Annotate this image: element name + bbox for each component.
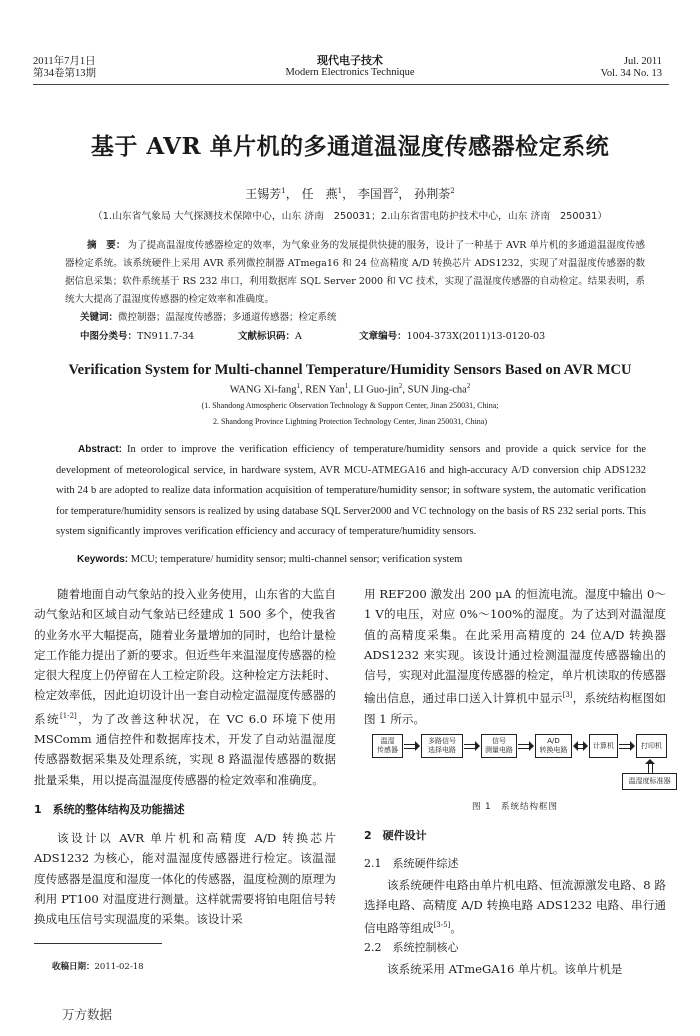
doc-code-label: 文献标识码：: [238, 331, 295, 342]
block-label: 温湿: [381, 737, 395, 746]
arrow-right-icon: [404, 744, 415, 749]
journal-name-cn: 现代电子技术: [0, 54, 700, 67]
affiliation-en-1: (1. Shandong Atmospheric Observation Tec…: [0, 401, 700, 410]
abstract-en-label: Abstract:: [78, 444, 122, 455]
subsection-2-2-paragraph: 该系统采用 ATmeGA16 单片机。该单片机是: [364, 959, 666, 979]
keywords-cn: 关键词：微控制器；温湿度传感器；多通道传感器；检定系统: [80, 309, 337, 323]
block-humidity-standard: 温湿度标准器: [622, 773, 677, 790]
doc-code: 文献标识码：A: [238, 328, 356, 342]
block-ad-converter: A/D转换电路: [535, 734, 572, 758]
keywords-text: 微控制器；温湿度传感器；多通道传感器；检定系统: [118, 312, 337, 323]
issue-volume-en: Vol. 34 No. 13: [601, 68, 662, 80]
block-label: 测量电路: [485, 746, 513, 755]
block-label: 计算机: [593, 742, 614, 751]
footnote-rule: [34, 943, 162, 944]
block-label: 信号: [492, 737, 506, 746]
article-number: 文章编号：1004-373X(2011)13-0120-03: [359, 328, 545, 342]
abstract-text: 为了提高温湿度传感器检定的效率，为气象业务的发展提供快捷的服务，设计了一种基于 …: [65, 240, 645, 305]
article-number-label: 文章编号：: [359, 331, 407, 342]
sub21-text-end: 。: [450, 921, 462, 935]
block-label: 多路信号: [428, 737, 456, 746]
block-measurement: 信号测量电路: [481, 734, 517, 758]
author-en: REN Yan: [305, 385, 345, 396]
keywords-label: 关键词：: [80, 312, 118, 323]
intro-paragraph: 随着地面自动气象站的投入业务使用，山东省的大监自动气象站和区域自动气象站已经建成…: [34, 584, 336, 790]
doc-code-value: A: [295, 331, 302, 342]
article-number-value: 1004-373X(2011)13-0120-03: [407, 331, 546, 342]
issue-date-en: Jul. 2011: [601, 56, 662, 68]
citation: [3-5]: [434, 921, 451, 929]
author-affiliation-mark: 2: [450, 187, 454, 195]
abstract-cn: 摘 要：为了提高温湿度传感器检定的效率，为气象业务的发展提供快捷的服务，设计了一…: [65, 237, 645, 309]
intro-text-1: 随着地面自动气象站的投入业务使用，山东省的大监自动气象站和区域自动气象站已经建成…: [34, 587, 336, 726]
keywords-en: Keywords: MCU; temperature/ humidity sen…: [77, 554, 462, 565]
author-list-en: WANG Xi-fang1, REN Yan1, LI Guo-jin2, SU…: [0, 382, 700, 396]
header-center: 现代电子技术 Modern Electronics Technique: [0, 54, 700, 79]
arrow-bidirectional-icon: [578, 744, 583, 749]
block-label: 传感器: [377, 746, 398, 755]
author-affiliation-mark: 2: [467, 382, 471, 390]
abstract-en: Abstract: In order to improve the verifi…: [56, 440, 646, 543]
figure-1-caption: 图 1 系统结构框图: [364, 800, 666, 812]
header-right: Jul. 2011 Vol. 34 No. 13: [601, 56, 662, 80]
affiliation-cn: （1.山东省气象局 大气探测技术保障中心，山东 济南 250031；2.山东省雷…: [0, 208, 700, 222]
classification-line: 中图分类号：TN911.7-34 文献标识码：A 文章编号：1004-373X(…: [80, 328, 660, 342]
citation: [1-2]: [60, 712, 77, 720]
author: 任 燕: [302, 187, 338, 201]
author: 王锡芳: [245, 187, 281, 201]
section-2-heading: 2 硬件设计: [364, 826, 666, 846]
affiliation-en-2: 2. Shandong Province Lightning Protectio…: [0, 417, 700, 426]
block-label: 打印机: [641, 742, 662, 751]
body-column-right-lower: 2 硬件设计 2.1 系统硬件综述 该系统硬件电路由单片机电路、恒流源激发电路、…: [364, 826, 666, 979]
block-label: 选择电路: [428, 746, 456, 755]
author: 孙荆荼: [414, 187, 450, 201]
clc-value: TN911.7-34: [137, 331, 194, 342]
block-sensor: 温湿传感器: [372, 734, 403, 758]
intro-text-2: ，为了改善这种状况，在 VC 6.0 环境下使用 MSComm 通信控件和数据库…: [34, 712, 336, 787]
keywords-en-label: Keywords:: [77, 554, 128, 565]
author-affiliation-mark: 1: [296, 382, 300, 390]
abstract-en-text: In order to improve the verification eff…: [56, 444, 646, 537]
author-en: LI Guo-jin: [354, 385, 399, 396]
citation: [3]: [563, 691, 573, 699]
section-1-heading: 1 系统的整体结构及功能描述: [34, 800, 336, 820]
author-affiliation-mark: 2: [399, 382, 403, 390]
figure-1-block-diagram: 温湿传感器 多路信号选择电路 信号测量电路 A/D转换电路 计算机 打印机 温湿…: [372, 731, 692, 811]
block-computer: 计算机: [589, 734, 618, 758]
paper-title-cn: 基于 AVR 单片机的多通道温湿度传感器检定系统: [0, 128, 700, 161]
right-paragraph-1: 用 REF200 激发出 200 μA 的恒流电流。湿度中输出 0～1 V的电压…: [364, 584, 666, 729]
subsection-2-1-heading: 2.1 系统硬件综述: [364, 854, 666, 874]
paper-title-en: Verification System for Multi-channel Te…: [0, 362, 700, 379]
body-column-right: 用 REF200 激发出 200 μA 的恒流电流。湿度中输出 0～1 V的电压…: [364, 584, 666, 729]
block-label: A/D: [547, 737, 560, 746]
author-en: WANG Xi-fang: [230, 385, 297, 396]
abstract-label: 摘 要：: [87, 240, 126, 251]
received-date: 收稿日期：2011-02-18: [52, 960, 144, 972]
header-rule: [33, 84, 669, 85]
subsection-2-2-heading: 2.2 系统控制核心: [364, 938, 666, 958]
block-multiplexer: 多路信号选择电路: [421, 734, 463, 758]
body-column-left: 随着地面自动气象站的投入业务使用，山东省的大监自动气象站和区域自动气象站已经建成…: [34, 584, 336, 930]
arrow-right-icon: [518, 744, 529, 749]
arrow-right-icon: [619, 744, 630, 749]
journal-name-en: Modern Electronics Technique: [0, 67, 700, 79]
author: 李国晋: [358, 187, 394, 201]
received-label: 收稿日期：: [52, 962, 95, 972]
arrow-right-icon: [464, 744, 475, 749]
section-1-paragraph: 该设计以 AVR 单片机和高精度 A/D 转换芯片 ADS1232 为核心，能对…: [34, 828, 336, 929]
author-affiliation-mark: 2: [394, 187, 398, 195]
block-printer: 打印机: [636, 734, 667, 758]
block-label: 转换电路: [540, 746, 568, 755]
keywords-en-text: MCU; temperature/ humidity sensor; multi…: [128, 554, 462, 565]
watermark: 万方数据: [62, 1005, 112, 1023]
author-affiliation-mark: 1: [338, 187, 342, 195]
clc-label: 中图分类号：: [80, 331, 137, 342]
sub21-text: 该系统硬件电路由单片机电路、恒流源激发电路、8 路选择电路、高精度 A/D 转换…: [364, 878, 666, 935]
author-en: SUN Jing-cha: [408, 385, 467, 396]
author-affiliation-mark: 1: [281, 187, 285, 195]
right-text-1: 用 REF200 激发出 200 μA 的恒流电流。湿度中输出 0～1 V的电压…: [364, 587, 666, 705]
arrow-up-icon: [648, 764, 653, 773]
author-affiliation-mark: 1: [345, 382, 349, 390]
block-label: 温湿度标准器: [629, 777, 671, 786]
subsection-2-1-paragraph: 该系统硬件电路由单片机电路、恒流源激发电路、8 路选择电路、高精度 A/D 转换…: [364, 875, 666, 939]
received-value: 2011-02-18: [95, 962, 144, 972]
clc-number: 中图分类号：TN911.7-34: [80, 328, 235, 342]
author-list-cn: 王锡芳1， 任 燕1， 李国晋2， 孙荆荼2: [0, 185, 700, 202]
